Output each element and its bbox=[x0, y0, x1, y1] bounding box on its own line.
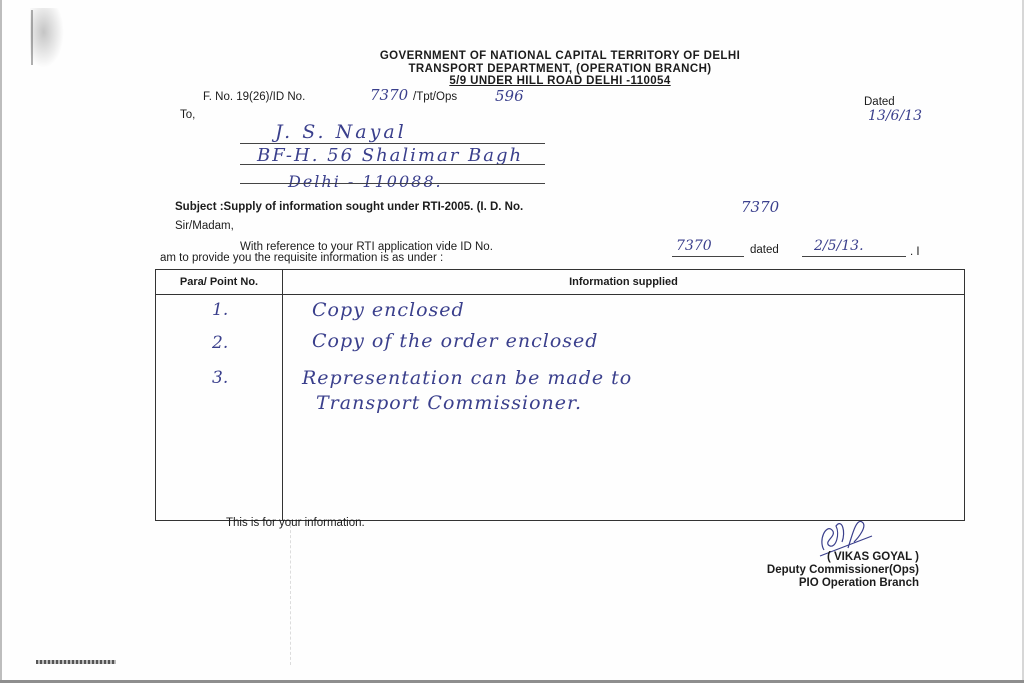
address-line-3: Delhi - 110088. bbox=[288, 172, 443, 191]
scan-smudge-line bbox=[31, 10, 33, 65]
address-underline-1 bbox=[240, 143, 545, 144]
file-ref-ops-handwritten: 596 bbox=[495, 87, 524, 105]
table-row-3-info: Representation can be made to bbox=[302, 367, 632, 389]
address-underline-2 bbox=[240, 164, 545, 165]
signatory-name: ( VIKAS GOYAL ) bbox=[767, 551, 919, 564]
signatory-designation: Deputy Commissioner(Ops) bbox=[767, 564, 919, 577]
table-row-1-point: 1. bbox=[212, 300, 228, 320]
table-row-2-info: Copy of the order enclosed bbox=[312, 330, 598, 352]
address-line-1: J. S. Nayal bbox=[275, 121, 407, 143]
scan-edge-left bbox=[0, 0, 2, 683]
subject-line: Subject :Supply of information sought un… bbox=[175, 201, 523, 213]
table-row-3-point: 3. bbox=[212, 368, 228, 388]
scan-smudge bbox=[30, 8, 64, 68]
table-row-1-info: Copy enclosed bbox=[312, 299, 465, 321]
table-row-2-point: 2. bbox=[212, 333, 228, 353]
body-date-underline bbox=[802, 256, 906, 257]
file-ref-middle: /Tpt/Ops bbox=[413, 91, 457, 103]
body-dated-label: dated bbox=[750, 244, 779, 256]
scan-bottom-mark bbox=[36, 660, 116, 664]
table-row-3-info-cont: Transport Commissioner. bbox=[316, 392, 582, 414]
signatory-office: PIO Operation Branch bbox=[767, 577, 919, 590]
dated-label: Dated bbox=[864, 96, 895, 108]
body-id-underline bbox=[672, 256, 744, 257]
table-point-column bbox=[156, 295, 283, 521]
scanned-letter-page: GOVERNMENT OF NATIONAL CAPITAL TERRITORY… bbox=[0, 0, 1024, 683]
address-line-2: BF-H. 56 Shalimar Bagh bbox=[257, 145, 523, 166]
letterhead-government: GOVERNMENT OF NATIONAL CAPITAL TERRITORY… bbox=[270, 50, 850, 62]
scan-fold-line bbox=[290, 525, 291, 665]
file-ref-id-handwritten: 7370 bbox=[370, 86, 408, 104]
body-date-handwritten: 2/5/13. bbox=[814, 238, 864, 254]
letterhead-address: 5/9 UNDER HILL ROAD DELHI -110054 bbox=[270, 75, 850, 87]
body-id-handwritten: 7370 bbox=[676, 238, 712, 254]
to-label: To, bbox=[180, 109, 195, 121]
table-header-point: Para/ Point No. bbox=[156, 270, 283, 295]
address-underline-3 bbox=[240, 183, 545, 184]
salutation: Sir/Madam, bbox=[175, 220, 234, 232]
closing-line: This is for your information. bbox=[226, 517, 365, 529]
signatory-block: ( VIKAS GOYAL ) Deputy Commissioner(Ops)… bbox=[767, 551, 919, 590]
body-line1-suffix: . I bbox=[910, 246, 920, 258]
dated-value-handwritten: 13/6/13 bbox=[868, 108, 922, 124]
body-line2: am to provide you the requisite informat… bbox=[160, 252, 443, 264]
subject-id-handwritten: 7370 bbox=[741, 198, 779, 216]
letterhead-department: TRANSPORT DEPARTMENT, (OPERATION BRANCH) bbox=[270, 63, 850, 75]
file-ref-prefix: F. No. 19(26)/ID No. bbox=[203, 91, 305, 103]
table-header-info: Information supplied bbox=[283, 270, 965, 295]
